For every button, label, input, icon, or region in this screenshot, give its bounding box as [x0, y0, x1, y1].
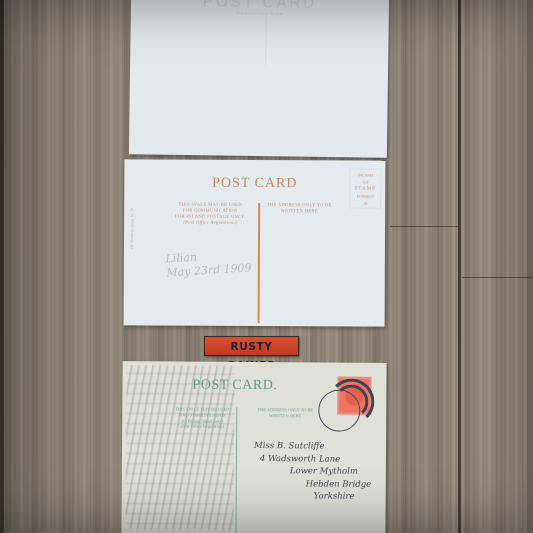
stamp-box-line: 1d — [350, 200, 380, 207]
postcard-middle: POST CARD THIS SPACE MAY BE USED FOR COM… — [124, 159, 386, 326]
postcard-divider — [265, 17, 267, 67]
notice-line: (Post Office Regulation) — [162, 424, 242, 430]
address-line: Miss B. Sutcliffe — [254, 440, 372, 453]
stamp-box: INLAND ½d STAMP FOREIGN 1d — [349, 168, 381, 208]
postcard-title: POST CARD — [124, 175, 385, 192]
footer-print: · · · · · — [204, 316, 222, 320]
plank-gap — [458, 0, 461, 533]
stamp-box-line: STAMP — [350, 186, 380, 193]
postcard-divider — [235, 407, 237, 533]
postcard-top: POST CARD Printed in Great Britain — [129, 0, 389, 158]
plank-join — [462, 277, 533, 278]
postmark-bars-icon — [328, 379, 374, 425]
postcard-divider — [258, 203, 260, 323]
address-notice: THE ADDRESS ONLY TO BE WRITTEN HERE — [254, 407, 316, 419]
notice-note: (Post Office Regulation.) — [164, 220, 256, 226]
communication-notice: THIS SPACE MAY BE USED FOR COMMUNICATION… — [162, 406, 242, 430]
rusty-baines-label: RUSTY BAINES — [204, 336, 299, 356]
plank-join — [390, 226, 458, 227]
address-line: Hebden Bridge — [306, 478, 372, 491]
postcard-title: POST CARD. — [192, 378, 277, 395]
handwritten-note: Lilian May 23rd 1909 — [165, 247, 252, 280]
plank-gap-left — [0, 0, 4, 533]
postcard-bottom: POST CARD. THIS SPACE MAY BE USED FOR CO… — [121, 361, 386, 533]
communication-notice: THIS SPACE MAY BE USED FOR COMMUNICATION… — [164, 202, 256, 226]
notice-line: WRITTEN HERE — [264, 208, 334, 214]
address-notice: THE ADDRESS ONLY TO BE WRITTEN HERE — [264, 202, 334, 214]
publisher-imprint: The Woodbury Series. No. 58 — [130, 208, 134, 250]
address-line: Yorkshire — [314, 490, 372, 503]
handwritten-address: Miss B. Sutcliffe 4 Wadsworth Lane Lower… — [254, 440, 372, 503]
address-line: Lower Mytholm — [290, 465, 372, 478]
address-line: 4 Wadsworth Lane — [260, 453, 372, 466]
notice-line: WRITTEN HERE — [254, 413, 316, 419]
